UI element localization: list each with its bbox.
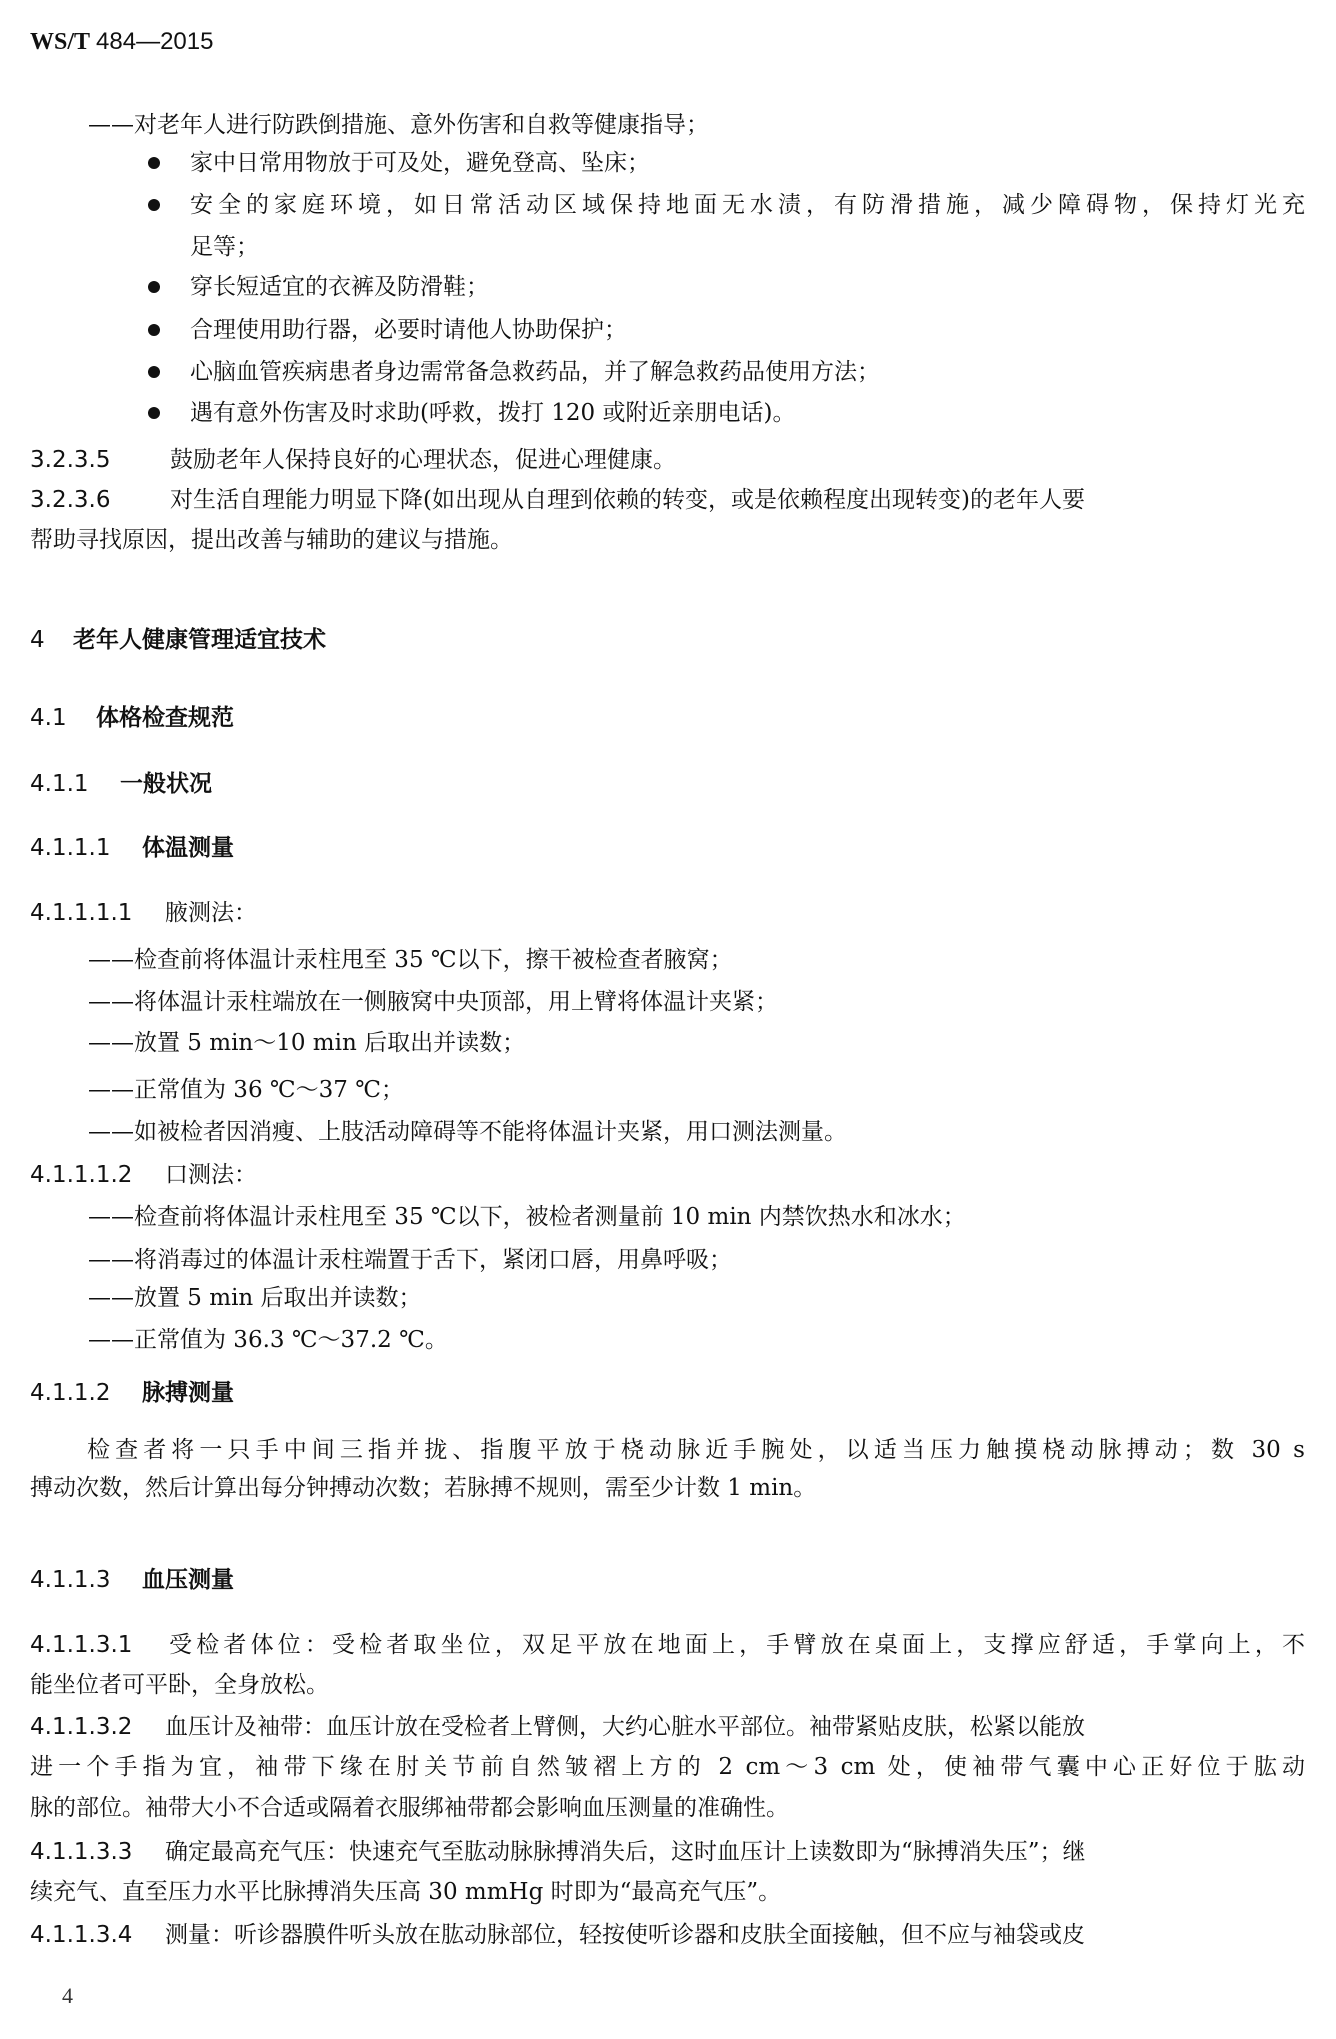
bullet-item-continuation: 足等； <box>190 232 259 262</box>
guidance-intro: ——对老年人进行防跌倒措施、意外伤害和自救等健康指导； <box>88 110 709 140</box>
clause-4-1-1-3-2: 4.1.1.3.2血压计及袖带：血压计放在受检者上臂侧，大约心脏水平部位。袖带紧… <box>30 1712 1085 1742</box>
bullet-icon <box>148 407 160 419</box>
heading-title: 老年人健康管理适宜技术 <box>73 627 326 653</box>
bullet-icon <box>148 324 160 336</box>
clause-continuation: 进一个手指为宜，袖带下缘在肘关节前自然皱褶上方的 2 cm～3 cm 处，使袖带… <box>30 1752 1305 1782</box>
clause-text: 测量：听诊器膜件听头放在肱动脉部位，轻按使听诊器和皮肤全面接触，但不应与袖袋或皮 <box>165 1922 1085 1948</box>
clause-number: 3.2.3.6 <box>30 485 170 515</box>
heading-title: 脉搏测量 <box>142 1380 234 1406</box>
clause-number: 4.1.1.3.2 <box>30 1712 165 1742</box>
document-page: WS/T 484—2015 ——对老年人进行防跌倒措施、意外伤害和自救等健康指导… <box>0 0 1336 2039</box>
standard-prefix: WS/T <box>30 29 90 55</box>
bullet-item: 安全的家庭环境，如日常活动区域保持地面无水渍，有防滑措施，减少障碍物，保持灯光充 <box>190 190 1305 220</box>
dash-item: ——检查前将体温计汞柱甩至 35 ℃以下，被检者测量前 10 min 内禁饮热水… <box>88 1202 966 1232</box>
bullet-icon <box>148 281 160 293</box>
heading-number: 4.1 <box>30 703 96 733</box>
heading-number: 4.1.1.3 <box>30 1565 142 1595</box>
heading-4-1: 4.1体格检查规范 <box>30 703 234 733</box>
bullet-item: 心脑血管疾病患者身边需常备急救药品，并了解急救药品使用方法； <box>190 357 880 387</box>
clause-number: 4.1.1.3.4 <box>30 1920 165 1950</box>
dash-item: ——如被检者因消瘦、上肢活动障碍等不能将体温计夹紧，用口测法测量。 <box>88 1117 847 1147</box>
heading-4: 4老年人健康管理适宜技术 <box>30 625 326 655</box>
dash-item: ——正常值为 36.3 ℃～37.2 ℃。 <box>88 1325 448 1355</box>
pulse-paragraph-line: 检查者将一只手中间三指并拢、指腹平放于桡动脉近手腕处，以适当压力触摸桡动脉搏动；… <box>87 1435 1305 1465</box>
clause-4-1-1-3-4: 4.1.1.3.4测量：听诊器膜件听头放在肱动脉部位，轻按使听诊器和皮肤全面接触… <box>30 1920 1085 1950</box>
heading-title: 血压测量 <box>142 1567 234 1593</box>
bullet-icon <box>148 199 160 211</box>
clause-number: 4.1.1.1.2 <box>30 1160 165 1190</box>
dash-item: ——正常值为 36 ℃～37 ℃； <box>88 1075 404 1105</box>
standard-number: 484—2015 <box>96 28 213 55</box>
heading-number: 4.1.1 <box>30 769 120 799</box>
heading-title: 体格检查规范 <box>96 705 234 731</box>
clause-continuation: 帮助寻找原因，提出改善与辅助的建议与措施。 <box>30 525 513 555</box>
heading-4-1-1: 4.1.1一般状况 <box>30 769 212 799</box>
dash-item: ——检查前将体温计汞柱甩至 35 ℃以下，擦干被检查者腋窝； <box>88 945 733 975</box>
dash-item: ——将消毒过的体温计汞柱端置于舌下，紧闭口唇，用鼻呼吸； <box>88 1245 732 1275</box>
clause-number: 3.2.3.5 <box>30 445 170 475</box>
clause-text: 对生活自理能力明显下降(如出现从自理到依赖的转变，或是依赖程度出现转变)的老年人… <box>170 487 1085 513</box>
bullet-icon <box>148 157 160 169</box>
clause-4-1-1-3-1: 4.1.1.3.1受检者体位：受检者取坐位，双足平放在地面上，手臂放在桌面上，支… <box>30 1630 1305 1660</box>
dash-item: ——将体温计汞柱端放在一侧腋窝中央顶部，用上臂将体温计夹紧； <box>88 987 778 1017</box>
clause-text: 鼓励老年人保持良好的心理状态，促进心理健康。 <box>170 447 676 473</box>
clause-continuation: 能坐位者可平卧，全身放松。 <box>30 1670 329 1700</box>
clause-4-1-1-3-3: 4.1.1.3.3确定最高充气压：快速充气至肱动脉脉搏消失后，这时血压计上读数即… <box>30 1837 1086 1867</box>
clause-continuation: 脉的部位。袖带大小不合适或隔着衣服绑袖带都会影响血压测量的准确性。 <box>30 1793 789 1823</box>
clause-number: 4.1.1.3.3 <box>30 1837 165 1867</box>
heading-4-1-1-3: 4.1.1.3血压测量 <box>30 1565 234 1595</box>
clause-3-2-3-5: 3.2.3.5鼓励老年人保持良好的心理状态，促进心理健康。 <box>30 445 676 475</box>
heading-4-1-1-1: 4.1.1.1体温测量 <box>30 833 234 863</box>
clause-3-2-3-6: 3.2.3.6对生活自理能力明显下降(如出现从自理到依赖的转变，或是依赖程度出现… <box>30 485 1085 515</box>
heading-4-1-1-2: 4.1.1.2脉搏测量 <box>30 1378 234 1408</box>
running-header: WS/T 484—2015 <box>30 27 213 57</box>
bullet-item: 合理使用助行器，必要时请他人协助保护； <box>190 315 627 345</box>
clause-number: 4.1.1.1.1 <box>30 898 165 928</box>
heading-number: 4.1.1.1 <box>30 833 142 863</box>
clause-text: 血压计及袖带：血压计放在受检者上臂侧，大约心脏水平部位。袖带紧贴皮肤，松紧以能放 <box>165 1714 1085 1740</box>
dash-item: ——放置 5 min 后取出并读数； <box>88 1283 422 1313</box>
heading-title: 体温测量 <box>142 835 234 861</box>
clause-title: 腋测法： <box>165 900 257 926</box>
clause-continuation: 续充气、直至压力水平比脉搏消失压高 30 mmHg 时即为“最高充气压”。 <box>30 1877 781 1907</box>
clause-number: 4.1.1.3.1 <box>30 1630 165 1660</box>
clause-text: 确定最高充气压：快速充气至肱动脉脉搏消失后，这时血压计上读数即为“脉搏消失压”；… <box>165 1839 1086 1865</box>
bullet-item: 家中日常用物放于可及处，避免登高、坠床； <box>190 148 650 178</box>
clause-4-1-1-1-1: 4.1.1.1.1腋测法： <box>30 898 257 928</box>
dash-item: ——放置 5 min～10 min 后取出并读数； <box>88 1028 525 1058</box>
clause-text: 受检者体位：受检者取坐位，双足平放在地面上，手臂放在桌面上，支撑应舒适，手掌向上… <box>165 1632 1305 1658</box>
heading-number: 4 <box>30 625 73 655</box>
clause-title: 口测法： <box>165 1162 257 1188</box>
bullet-item: 穿长短适宜的衣裤及防滑鞋； <box>190 272 489 302</box>
bullet-icon <box>148 366 160 378</box>
heading-number: 4.1.1.2 <box>30 1378 142 1408</box>
heading-title: 一般状况 <box>120 771 212 797</box>
page-number: 4 <box>62 1983 73 2009</box>
pulse-paragraph-line: 搏动次数，然后计算出每分钟搏动次数；若脉搏不规则，需至少计数 1 min。 <box>30 1473 816 1503</box>
bullet-item: 遇有意外伤害及时求助(呼救，拨打 120 或附近亲朋电话)。 <box>190 398 795 428</box>
clause-4-1-1-1-2: 4.1.1.1.2口测法： <box>30 1160 257 1190</box>
